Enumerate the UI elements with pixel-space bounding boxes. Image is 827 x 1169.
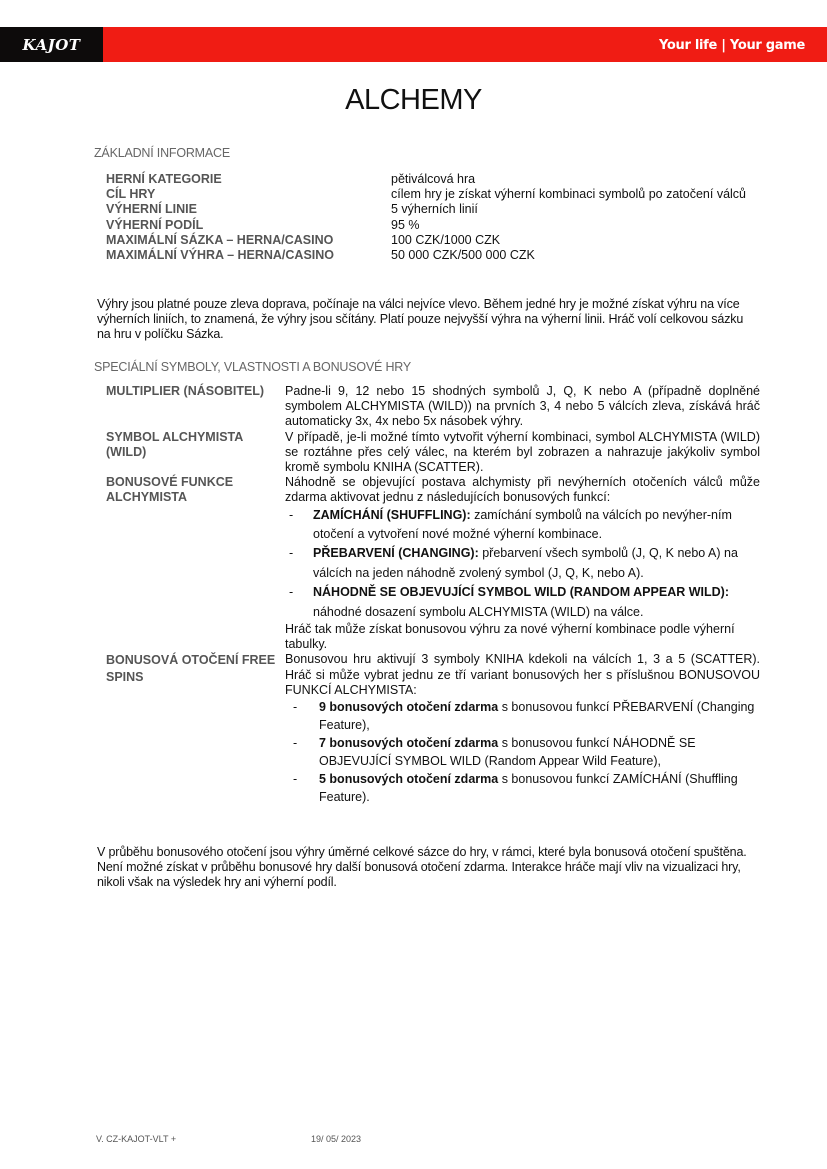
info-label: VÝHERNÍ LINIE [106,202,391,217]
page-title: ALCHEMY [0,84,827,117]
info-label: HERNÍ KATEGORIE [106,172,391,187]
footer-date: 19/ 05/ 2023 [311,1134,361,1144]
feature-row-bonus-functions: BONUSOVÉ FUNKCE ALCHYMISTA Náhodně se ob… [106,475,766,652]
tagline: Your life | Your game [659,27,805,62]
feature-row-free-spins: BONUSOVÁ OTOČENÍ FREE SPINS Bonusovou hr… [106,652,766,806]
closing-paragraph: V průběhu bonusového otočení jsou výhry … [97,845,757,891]
kajot-logo: KAJOT [23,36,81,54]
features-table: MULTIPLIER (NÁSOBITEL) Padne-li 9, 12 ne… [106,384,766,806]
list-item: -NÁHODNĚ SE OBJEVUJÍCÍ SYMBOL WILD (RAND… [285,583,760,622]
info-row: HERNÍ KATEGORIE pětiválcová hra [106,172,766,187]
info-value: pětiválcová hra [391,172,761,187]
feature-intro: Bonusovou hru aktivují 3 symboly KNIHA k… [285,652,760,698]
list-item: -5 bonusových otočení zdarma s bonusovou… [285,770,760,806]
item-title: PŘEBARVENÍ (CHANGING): [313,546,479,560]
bullet-dash: - [289,583,293,602]
free-spins-list: -9 bonusových otočení zdarma s bonusovou… [285,698,760,806]
feature-row-wild: SYMBOL ALCHYMISTA (WILD) V případě, je-l… [106,430,766,476]
bullet-dash: - [289,544,293,563]
list-item: -7 bonusových otočení zdarma s bonusovou… [285,734,760,770]
item-title: 9 bonusových otočení zdarma [319,700,498,714]
info-value: 50 000 CZK/500 000 CZK [391,248,761,263]
bullet-dash: - [293,770,297,788]
feature-outro: Hráč tak může získat bonusovou výhru za … [285,622,760,652]
feature-text: Padne-li 9, 12 nebo 15 shodných symbolů … [285,384,760,430]
feature-label: SYMBOL ALCHYMISTA (WILD) [106,430,285,476]
info-row: MAXIMÁLNÍ SÁZKA – HERNA/CASINO 100 CZK/1… [106,233,766,248]
item-title: NÁHODNĚ SE OBJEVUJÍCÍ SYMBOL WILD (RANDO… [313,585,729,599]
special-heading: SPECIÁLNÍ SYMBOLY, VLASTNOSTI A BONUSOVÉ… [94,360,411,374]
info-label: VÝHERNÍ PODÍL [106,218,391,233]
info-value: 5 výherních linií [391,202,761,217]
info-row: CÍL HRY cílem hry je získat výherní komb… [106,187,766,202]
info-row: VÝHERNÍ LINIE 5 výherních linií [106,202,766,217]
bonus-function-list: -ZAMÍCHÁNÍ (SHUFFLING): zamíchání symbol… [285,506,760,622]
list-item: -PŘEBARVENÍ (CHANGING): přebarvení všech… [285,544,760,583]
intro-paragraph: Výhry jsou platné pouze zleva doprava, p… [97,297,757,343]
feature-intro: Náhodně se objevující postava alchymisty… [285,475,760,505]
list-item: -9 bonusových otočení zdarma s bonusovou… [285,698,760,734]
logo-box: KAJOT [0,27,103,62]
item-text: náhodné dosazení symbolu ALCHYMISTA (WIL… [313,605,643,619]
info-label: MAXIMÁLNÍ SÁZKA – HERNA/CASINO [106,233,391,248]
info-row: VÝHERNÍ PODÍL 95 % [106,218,766,233]
brand-header: KAJOT Your life | Your game [0,27,827,62]
feature-label: BONUSOVÁ OTOČENÍ FREE SPINS [106,652,285,806]
feature-label: BONUSOVÉ FUNKCE ALCHYMISTA [106,475,285,652]
feature-text: V případě, je-li možné tímto vytvořit vý… [285,430,760,476]
bullet-dash: - [293,734,297,752]
info-row: MAXIMÁLNÍ VÝHRA – HERNA/CASINO 50 000 CZ… [106,248,766,263]
bullet-dash: - [289,506,293,525]
info-label: MAXIMÁLNÍ VÝHRA – HERNA/CASINO [106,248,391,263]
item-title: ZAMÍCHÁNÍ (SHUFFLING): [313,508,471,522]
basic-info-table: HERNÍ KATEGORIE pětiválcová hra CÍL HRY … [106,172,766,263]
info-value: cílem hry je získat výherní kombinaci sy… [391,187,761,202]
info-value: 100 CZK/1000 CZK [391,233,761,248]
list-item: -ZAMÍCHÁNÍ (SHUFFLING): zamíchání symbol… [285,506,760,545]
info-label: CÍL HRY [106,187,391,202]
basic-info-heading: ZÁKLADNÍ INFORMACE [94,146,230,160]
feature-body: Bonusovou hru aktivují 3 symboly KNIHA k… [285,652,760,806]
footer-version: V. CZ-KAJOT-VLT + [96,1134,176,1144]
info-value: 95 % [391,218,761,233]
feature-body: Náhodně se objevující postava alchymisty… [285,475,760,652]
feature-label: MULTIPLIER (NÁSOBITEL) [106,384,285,430]
feature-row-multiplier: MULTIPLIER (NÁSOBITEL) Padne-li 9, 12 ne… [106,384,766,430]
item-title: 7 bonusových otočení zdarma [319,736,498,750]
item-title: 5 bonusových otočení zdarma [319,772,498,786]
bullet-dash: - [293,698,297,716]
